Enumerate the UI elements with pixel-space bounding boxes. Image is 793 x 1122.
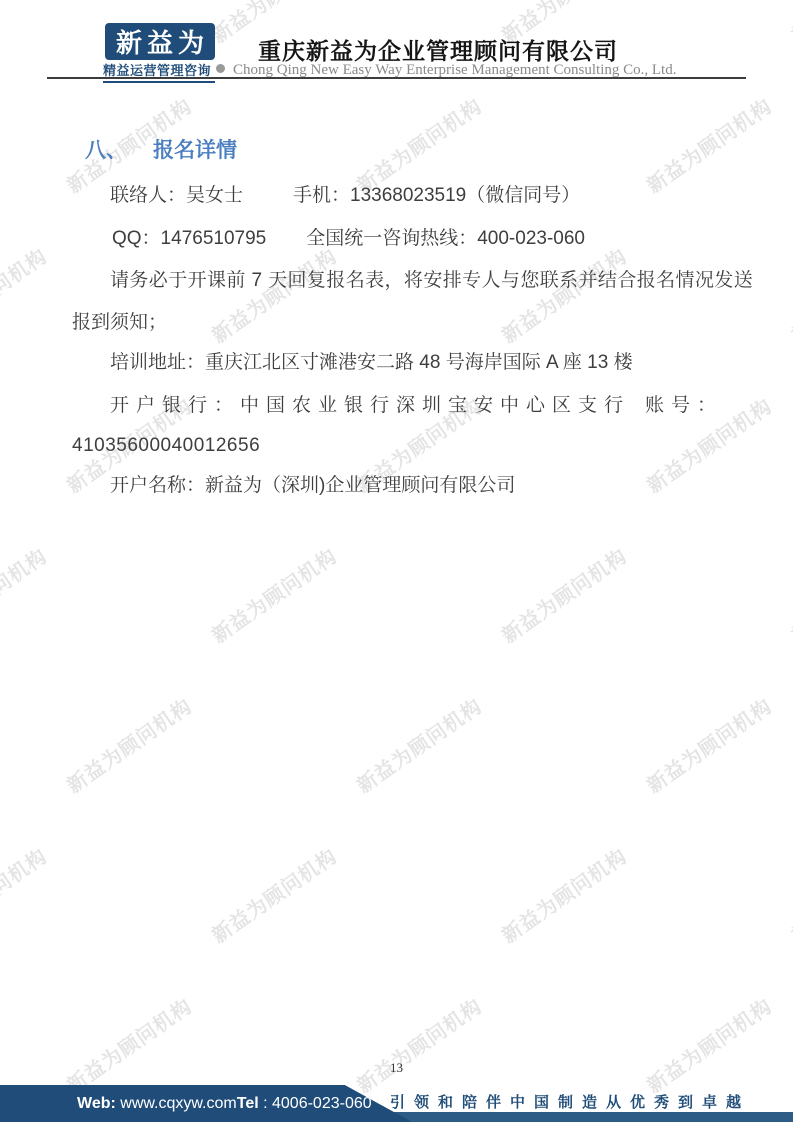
- section-heading: 八、报名详情: [85, 137, 237, 165]
- section-title: 报名详情: [153, 139, 237, 162]
- account-label: 账号：: [645, 393, 723, 419]
- contact-line: 联络人：吴女士手机：13368023519（微信同号）: [110, 183, 580, 209]
- contact-person: 联络人：吴女士: [110, 185, 243, 206]
- logo-dot-icon: [216, 64, 225, 73]
- hotline-number: 全国统一咨询热线：400-023-060: [306, 228, 585, 249]
- header-divider: [47, 77, 746, 79]
- tel-number: : 4006-023-060: [259, 1095, 372, 1112]
- logo-text: 新益为: [111, 23, 209, 60]
- company-logo: 新益为: [105, 23, 215, 60]
- account-number: 41035600040012656: [72, 433, 260, 459]
- document-body: 八、报名详情 联络人：吴女士手机：13368023519（微信同号） QQ：14…: [0, 0, 793, 1122]
- training-address: 培训地址：重庆江北区寸滩港安二路 48 号海岸国际 A 座 13 楼: [110, 350, 633, 376]
- qq-line: QQ：1476510795全国统一咨询热线：400-023-060: [112, 226, 585, 252]
- footer-contact-text: Web: www.cqxyw.comTel : 4006-023-060: [0, 1095, 372, 1113]
- qq-number: QQ：1476510795: [112, 228, 266, 249]
- section-number: 八、: [85, 139, 127, 162]
- document-page: 新益为顾问机构新益为顾问机构新益为顾问机构新益为顾问机构新益为顾问机构新益为顾问…: [0, 0, 793, 1122]
- notice-line-1: 请务必于开课前 7 天回复报名表，将安排专人与您联系并结合报名情况发送: [110, 268, 732, 294]
- web-label: Web:: [77, 1095, 116, 1112]
- account-name: 开户名称：新益为（深圳)企业管理顾问有限公司: [110, 473, 515, 499]
- tel-label: Tel: [237, 1095, 259, 1112]
- logo-tagline: 精益运营管理咨询: [103, 60, 215, 83]
- footer-slogan: 引领和陪伴中国制造从优秀到卓越: [390, 1091, 750, 1112]
- bank-name: 开户银行：中国农业银行深圳宝安中心区支行: [110, 393, 630, 419]
- page-number: 13: [0, 1060, 793, 1076]
- footer-contact-bar: Web: www.cqxyw.comTel : 4006-023-060: [0, 1085, 412, 1122]
- web-url: www.cqxyw.com: [116, 1095, 237, 1112]
- notice-line-2: 报到须知；: [72, 310, 167, 336]
- mobile-number: 手机：13368023519（微信同号）: [293, 185, 580, 206]
- bank-line: 开户银行：中国农业银行深圳宝安中心区支行 账号：: [110, 393, 723, 419]
